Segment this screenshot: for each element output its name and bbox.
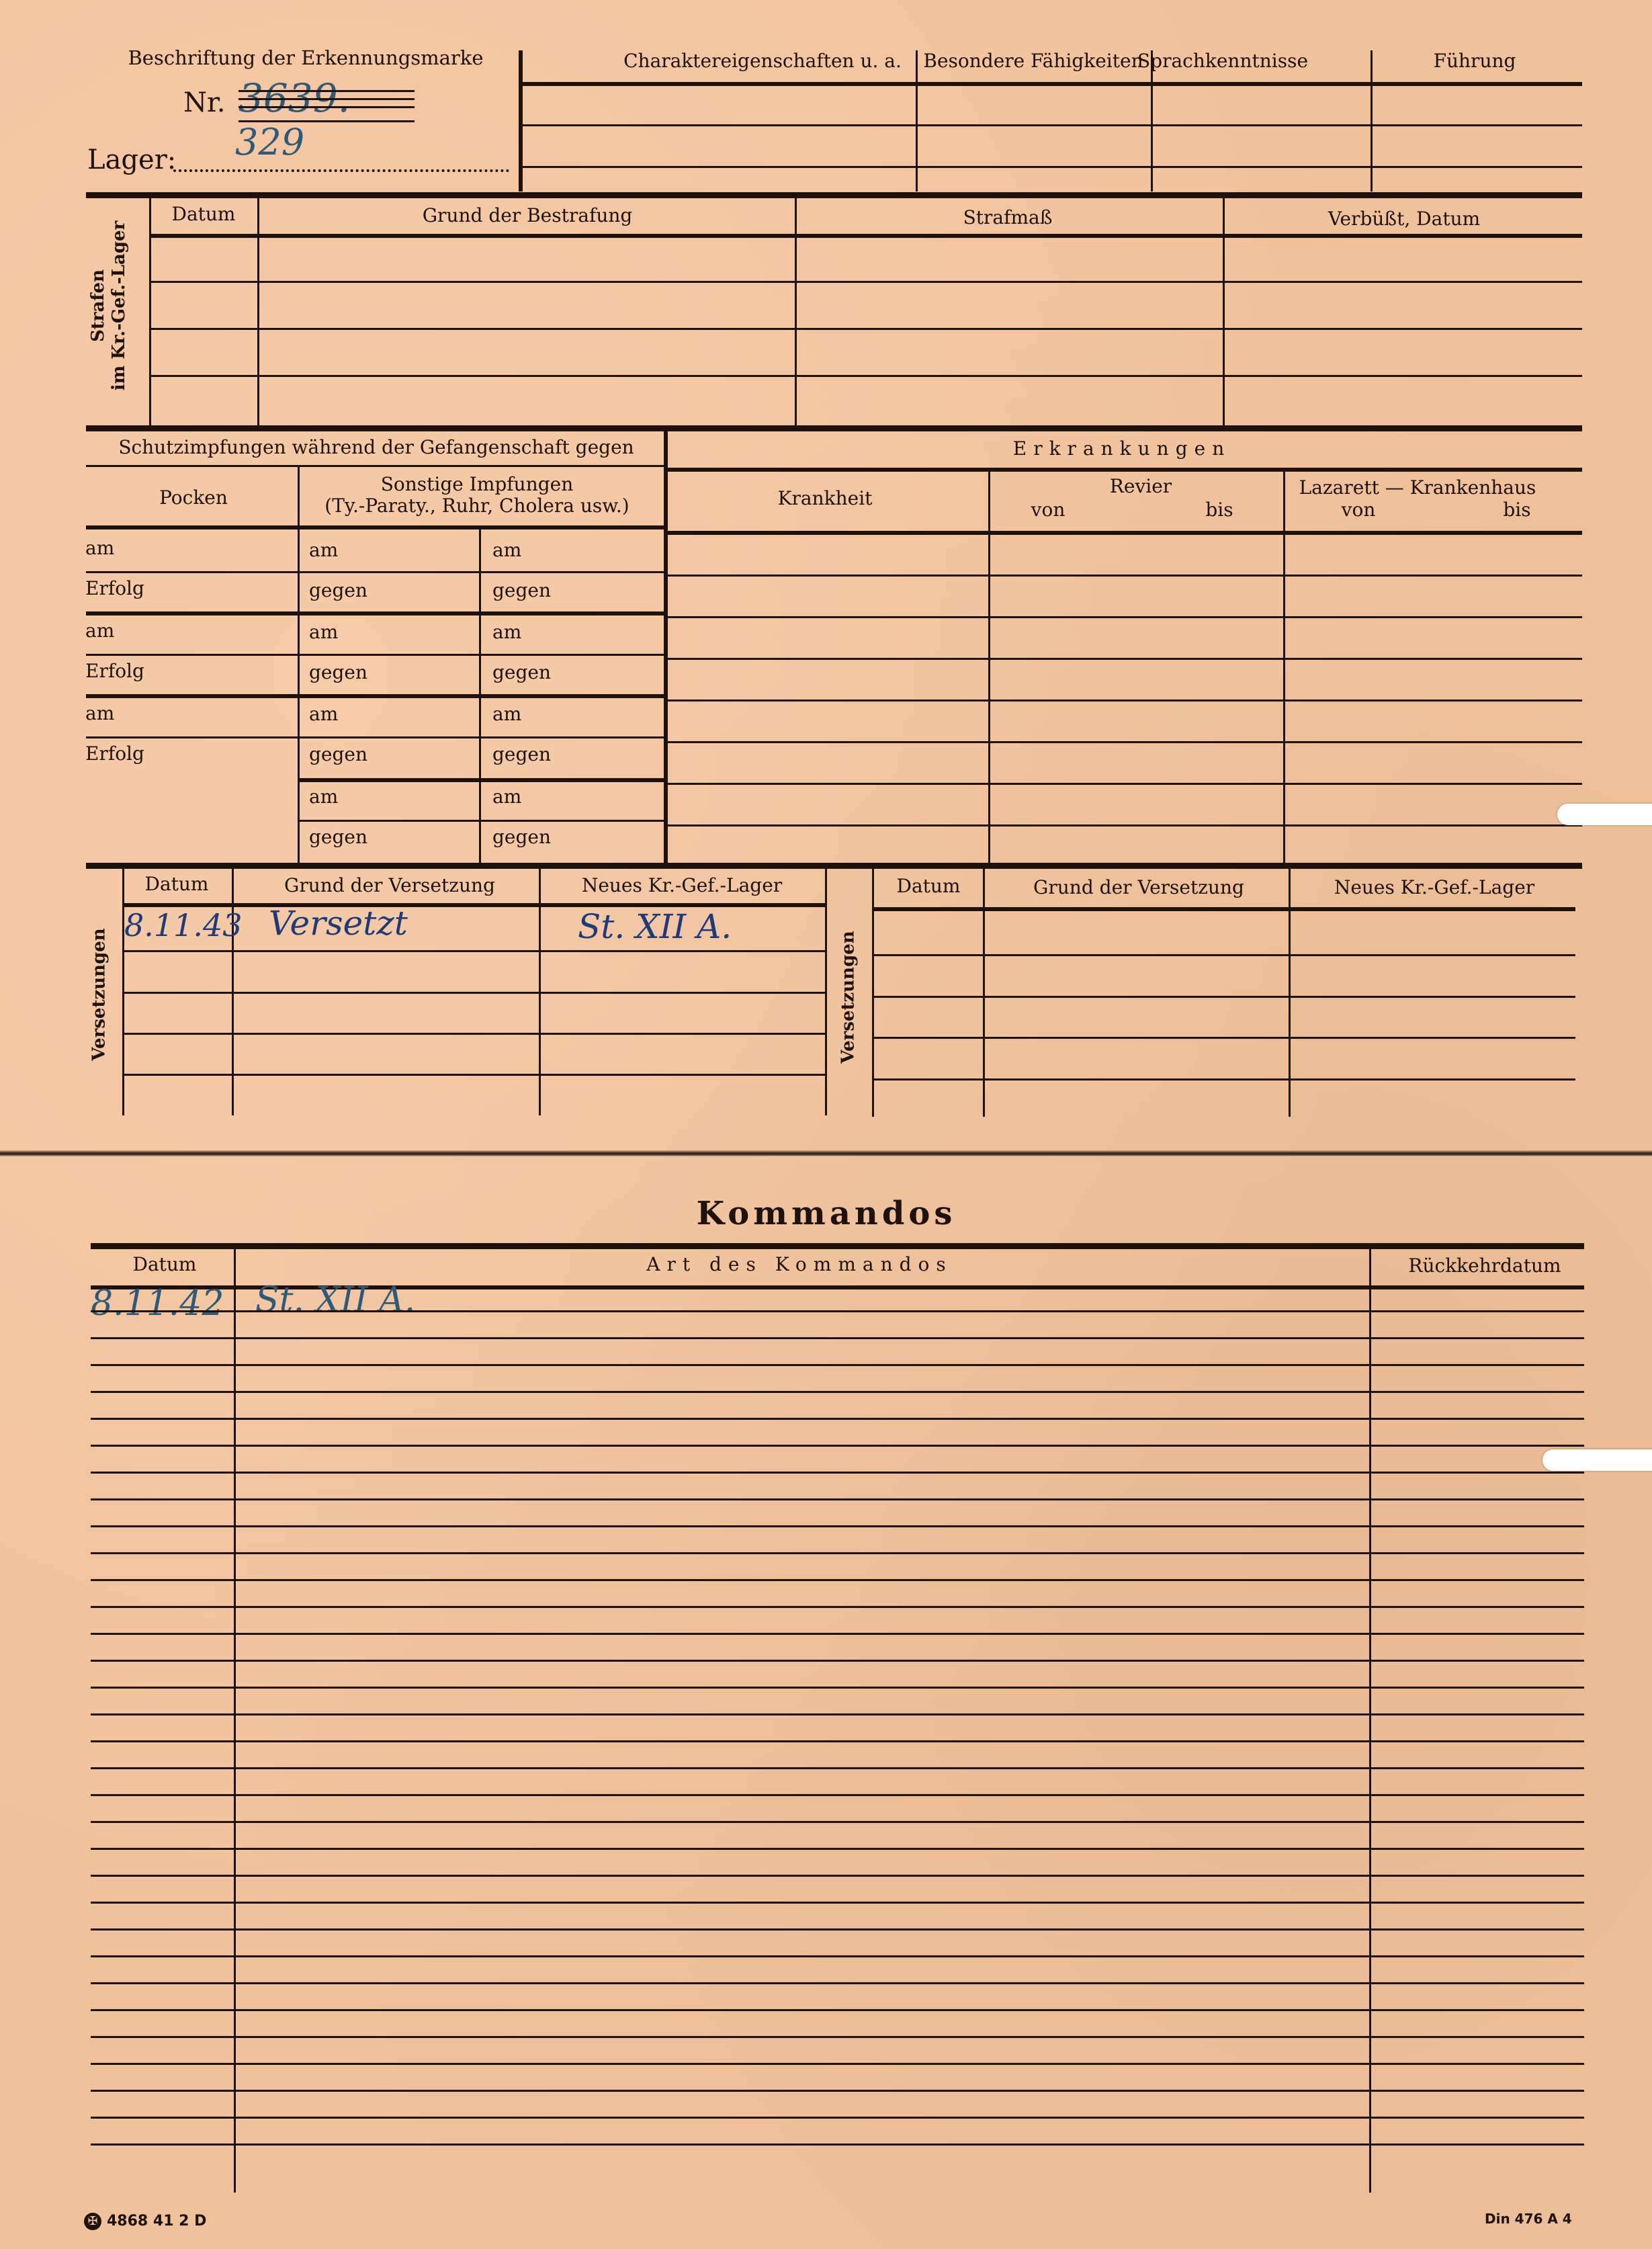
row-line [86,611,664,616]
lager-label: Lager: [87,144,176,175]
row-line [124,950,826,952]
row-line [91,1687,1584,1689]
row-line [124,1074,826,1076]
strafen-col-verbuesst: Verbüßt, Datum [1328,208,1480,230]
sonstige-am: am [309,704,338,725]
sonstige-am: am [492,622,521,643]
kommandos-col-datum: Datum [133,1254,197,1275]
row-line [91,1472,1584,1474]
col-sonstige: Sonstige Impfungen (Ty.-Paraty., Ruhr, C… [324,474,629,517]
row-line [91,2036,1584,2038]
form-paper [0,0,1652,2249]
punch-hole [1542,1449,1652,1471]
row-line [91,2117,1584,2119]
sonstige-am: am [492,704,521,725]
versetzungen-side-label-right: Versetzungen [838,931,859,1063]
sonstige-gegen: gegen [309,826,367,848]
revier-von: von [1031,499,1066,521]
sonstige-gegen: gegen [492,580,551,601]
print-code-text: 4868 41 2 D [107,2213,206,2230]
sonstige-label: Sonstige Impfungen [324,474,629,495]
pocken-am: am [85,703,114,724]
sonstige-am: am [309,622,338,643]
print-code: ✠4868 41 2 D [84,2213,206,2230]
vers-left-col-grund: Grund der Versetzung [284,875,495,896]
impfungen-title: Schutzimpfungen während der Gefangenscha… [118,437,634,458]
strafen-side-line1: Strafen [88,221,109,391]
row-line [91,1498,1584,1500]
row-line [91,1821,1584,1823]
col-divider [298,465,300,863]
punch-hole [1557,804,1652,825]
col-divider [1223,198,1225,427]
sonstige-am: am [309,540,338,561]
col-divider [795,198,797,427]
pocken-erfolg: Erfolg [85,578,144,599]
row-line [91,1955,1584,1957]
section-rule [91,1243,1584,1249]
lazarett-bis: bis [1503,499,1530,521]
lazarett-von: von [1342,499,1376,521]
row-line [91,1525,1584,1527]
vers-entry-grund[interactable]: Versetzt [269,904,408,943]
pocken-erfolg: Erfolg [85,661,144,682]
nr-label: Nr. [183,87,225,118]
kommandos-col-rueckkehr: Rückkehrdatum [1408,1255,1561,1277]
row-line [665,699,1582,702]
lager-dotted-line [173,169,509,172]
col-charakter: Charaktereigenschaften u. a. [623,50,902,72]
sonstige-gegen: gegen [492,662,551,683]
header-line [86,525,664,529]
nr-strikethrough [238,90,415,122]
pocken-am: am [85,538,114,559]
row-line [151,281,1582,283]
row-line [91,1606,1584,1608]
row-line [91,1579,1584,1581]
row-line [91,1552,1584,1554]
row-line [91,1310,1584,1312]
row-line [91,1848,1584,1850]
row-line [521,166,1582,168]
row-line [91,1794,1584,1796]
col-revier: Revier [1110,476,1172,497]
row-line [91,2090,1584,2092]
header-line [151,234,1582,238]
sonstige-am: am [309,786,338,808]
row-line [91,1337,1584,1339]
row-line [298,820,664,822]
header-line [86,465,664,467]
row-line [91,2144,1584,2146]
versetzungen-side-label-left: Versetzungen [89,928,110,1060]
col-fuehrung: Führung [1434,50,1516,72]
row-line [665,824,1582,826]
col-sprachkenntnisse: Sprachkenntnisse [1137,50,1308,72]
sonstige-gegen: gegen [309,744,367,765]
kommandos-col-art: Art des Kommandos [646,1254,953,1275]
vers-entry-datum[interactable]: 8.11.43 [124,907,243,943]
vers-entry-lager[interactable]: St. XII A. [578,907,732,946]
strafen-side-label: Strafen im Kr.-Gef.-Lager [88,221,130,391]
row-line [91,1982,1584,1984]
header-line [665,468,1582,472]
row-line [91,2063,1584,2065]
row-line [91,1660,1584,1662]
erkrankungen-title: Erkrankungen [1013,438,1231,460]
row-line [873,1037,1575,1039]
lager-value[interactable]: 329 [235,121,304,163]
row-line [665,783,1582,785]
row-line [91,1633,1584,1635]
col-divider [149,198,151,427]
vers-right-col-grund: Grund der Versetzung [1033,877,1244,898]
col-divider [1371,50,1373,192]
row-line [86,654,664,656]
col-divider [1151,50,1153,192]
sonstige-am: am [492,786,521,808]
strafen-col-strafmass: Strafmaß [963,207,1053,228]
sonstige-sub: (Ty.-Paraty., Ruhr, Cholera usw.) [324,495,629,517]
col-divider [916,50,918,192]
row-line [521,124,1582,126]
col-divider [234,1248,236,2193]
col-faehigkeiten: Besondere Fähigkeiten [923,50,1143,72]
section-rule [86,425,1582,431]
sonstige-gegen: gegen [492,826,551,848]
row-line [873,996,1575,998]
header-divider [519,50,523,192]
row-line [665,616,1582,618]
impfungen-divider [664,430,668,863]
revier-bis: bis [1205,499,1233,521]
row-line [91,1740,1584,1742]
pocken-erfolg: Erfolg [85,743,144,765]
col-lazarett: Lazarett — Krankenhaus [1299,477,1536,499]
vers-left-col-lager: Neues Kr.-Gef.-Lager [582,875,782,896]
row-line [665,575,1582,577]
section-rule [86,863,1582,869]
din-label: Din 476 A 4 [1485,2211,1572,2227]
sonstige-am: am [492,540,521,561]
vers-right-col-datum: Datum [897,876,961,897]
vers-right-col-lager: Neues Kr.-Gef.-Lager [1334,877,1534,898]
row-line [124,1033,826,1035]
vers-left-col-datum: Datum [145,874,209,895]
row-line [151,375,1582,377]
row-line [665,741,1582,743]
pocken-am: am [85,620,114,642]
kommando-entry-datum[interactable]: 8.11.42 [91,1283,224,1324]
col-pocken: Pocken [159,487,228,509]
row-line [124,992,826,994]
strafen-col-datum: Datum [172,204,236,225]
row-line [873,954,1575,956]
paper-fold [0,1150,1652,1157]
row-line [91,1767,1584,1769]
sonstige-gegen: gegen [492,744,551,765]
row-line [91,1418,1584,1420]
row-line [665,658,1582,660]
col-divider [988,468,990,864]
erkennungsmarke-label: Beschriftung der Erkennungsmarke [128,47,483,69]
row-line [91,1391,1584,1393]
header-line [521,82,1582,86]
row-line [91,1364,1584,1366]
row-line [91,1875,1584,1877]
strafen-side-line2: im Kr.-Gef.-Lager [109,221,130,391]
col-divider [1283,468,1285,864]
row-line [86,571,664,573]
row-line [86,736,664,738]
row-line [91,2009,1584,2011]
header-line [665,531,1582,535]
row-line [91,1445,1584,1447]
row-line [91,1713,1584,1715]
row-line [91,1902,1584,1904]
section-rule [86,192,1582,198]
col-krankheit: Krankheit [778,488,873,509]
row-line [91,1928,1584,1930]
header-line [873,907,1575,911]
row-line [298,778,664,782]
sonstige-gegen: gegen [309,662,367,683]
col-divider [257,198,259,427]
strafen-col-grund: Grund der Bestrafung [423,205,633,226]
kommandos-title: Kommandos [697,1195,957,1232]
sonstige-gegen: gegen [309,580,367,601]
row-line [873,1078,1575,1080]
printer-mark-icon: ✠ [84,2213,101,2230]
row-line [86,694,664,698]
col-divider [1369,1248,1371,2193]
row-line [151,328,1582,330]
kommando-entry-art[interactable]: St. XII A. [255,1280,415,1320]
